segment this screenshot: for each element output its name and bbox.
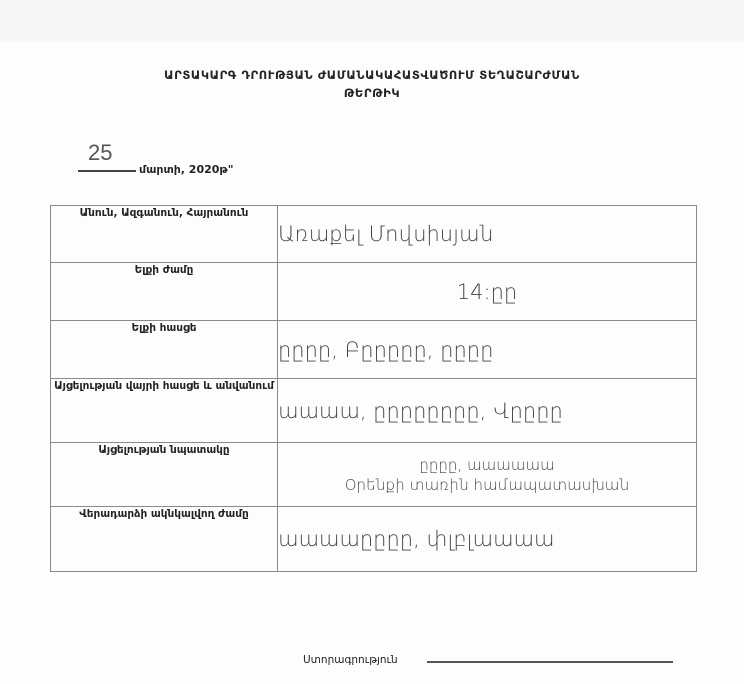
row-value-return-time[interactable]: աաաաըըըը, փլբլաաաա xyxy=(278,507,697,572)
table-row: Ելքի հասցե ըըըը, Բըըըըը, ըըըը xyxy=(51,321,697,379)
visit-purpose-line-2: Օրենքի տառին համապատասխան xyxy=(278,475,696,495)
signature-label: Ստորագրություն xyxy=(303,654,398,666)
document-title: ԱՐՏԱԿԱՐԳ ԴՐՈՒԹՅԱՆ ԺԱՄԱՆԱԿԱՀԱՏՎԱԾՈՒՄ ՏԵՂԱ… xyxy=(60,66,684,102)
row-value-name[interactable]: Առաքել Մովսիսյան xyxy=(278,206,697,263)
row-value-visit-address[interactable]: աաաա, ըըըըըըըը, Վըըըը xyxy=(278,379,697,443)
table-row: Այցելության վայրի հասցե և անվանում աաաա,… xyxy=(51,379,697,443)
row-label-exit-address: Ելքի հասցե xyxy=(51,321,278,379)
row-label-visit-purpose: Այցելության նպատակը xyxy=(51,443,278,507)
row-value-exit-address[interactable]: ըըըը, Բըըըըը, ըըըը xyxy=(278,321,697,379)
top-band xyxy=(0,0,744,42)
row-label-visit-address: Այցելության վայրի հասցե և անվանում xyxy=(51,379,278,443)
table-row: Ելքի ժամը 14:ըը xyxy=(51,263,697,321)
date-month-year: մարտի, 2020թ" xyxy=(139,163,233,176)
row-label-return-time: Վերադարձի ակնկալվող ժամը xyxy=(51,507,278,572)
title-line-2: ԹԵՐԹԻԿ xyxy=(60,84,684,102)
table-row: Անուն, Ազգանուն, Հայրանուն Առաքել Մովսիս… xyxy=(51,206,697,263)
table-row: Այցելության նպատակը ըըըը, աաաաաա Օրենքի … xyxy=(51,443,697,507)
row-label-exit-time: Ելքի ժամը xyxy=(51,263,278,321)
row-value-visit-purpose[interactable]: ըըըը, աաաաաա Օրենքի տառին համապատասխան xyxy=(278,443,697,507)
table-row: Վերադարձի ակնկալվող ժամը աաաաըըըը, փլբլա… xyxy=(51,507,697,572)
visit-purpose-line-1: ըըըը, աաաաաա xyxy=(278,455,696,475)
row-value-exit-time[interactable]: 14:ըը xyxy=(278,263,697,321)
row-label-name: Անուն, Ազգանուն, Հայրանուն xyxy=(51,206,278,263)
movement-form-table: Անուն, Ազգանուն, Հայրանուն Առաքել Մովսիս… xyxy=(50,205,697,572)
signature-line[interactable] xyxy=(427,661,673,663)
date-day: 25 xyxy=(88,140,112,166)
date-underline xyxy=(78,170,136,172)
title-line-1: ԱՐՏԱԿԱՐԳ ԴՐՈՒԹՅԱՆ ԺԱՄԱՆԱԿԱՀԱՏՎԱԾՈՒՄ ՏԵՂԱ… xyxy=(60,66,684,84)
